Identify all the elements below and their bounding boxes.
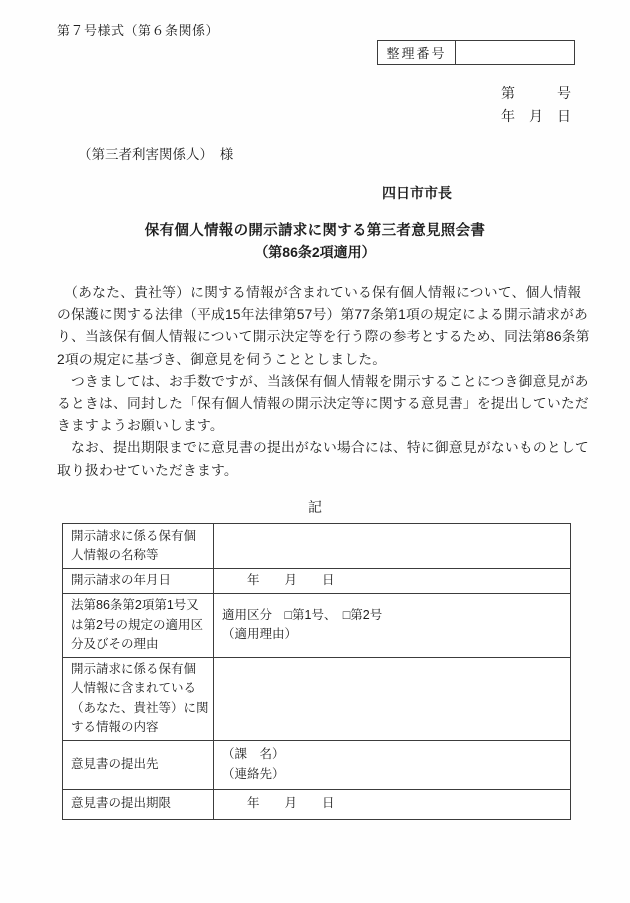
table-row: 開示請求の年月日 年 月 日 [63, 569, 571, 594]
row-value: 年 月 日 [214, 569, 571, 594]
issue-date-line: 年 月 日 [501, 106, 571, 126]
document-title: 保有個人情報の開示請求に関する第三者意見照会書 [0, 219, 630, 240]
table-row: 開示請求に係る保有個 人情報の名称等 [63, 524, 571, 569]
details-table: 開示請求に係る保有個 人情報の名称等 開示請求の年月日 年 月 日 法第86条第… [62, 523, 571, 820]
reference-number-box: 整理番号 [377, 40, 575, 65]
row-label: 開示請求に係る保有個 人情報の名称等 [63, 524, 214, 569]
table-row: 意見書の提出期限 年 月 日 [63, 789, 571, 819]
table-row: 法第86条第2項第1号又 は第2号の規定の適用区 分及びその理由 適用区分 □第… [63, 594, 571, 658]
reference-number-value [456, 41, 574, 64]
doc-number-line: 第 号 [501, 83, 571, 103]
row-label: 意見書の提出先 [63, 740, 214, 789]
reference-number-label: 整理番号 [378, 41, 456, 64]
row-value: 適用区分 □第1号、 □第2号 （適用理由） [214, 594, 571, 658]
addressee: （第三者利害関係人） 様 [78, 143, 233, 163]
table-row: 開示請求に係る保有個 人情報に含まれている （あなた、貴社等）に関 する情報の内… [63, 657, 571, 740]
row-label: 法第86条第2項第1号又 は第2号の規定の適用区 分及びその理由 [63, 594, 214, 658]
row-label: 開示請求に係る保有個 人情報に含まれている （あなた、貴社等）に関 する情報の内… [63, 657, 214, 740]
table-row: 意見書の提出先 （課 名） （連絡先） [63, 740, 571, 789]
sender: 四日市市長 [382, 183, 452, 203]
record-marker: 記 [0, 497, 630, 517]
row-value: （課 名） （連絡先） [214, 740, 571, 789]
body-text: （あなた、貴社等）に関する情報が含まれている保有個人情報について、個人情報 の保… [57, 282, 590, 482]
row-value: 年 月 日 [214, 789, 571, 819]
document-page: 第７号様式（第６条関係） 整理番号 第 号 年 月 日 （第三者利害関係人） 様… [0, 0, 630, 903]
row-value [214, 657, 571, 740]
row-label: 開示請求の年月日 [63, 569, 214, 594]
form-number: 第７号様式（第６条関係） [57, 20, 219, 39]
row-label: 意見書の提出期限 [63, 789, 214, 819]
row-value [214, 524, 571, 569]
document-subtitle: （第86条2項適用） [0, 242, 630, 262]
